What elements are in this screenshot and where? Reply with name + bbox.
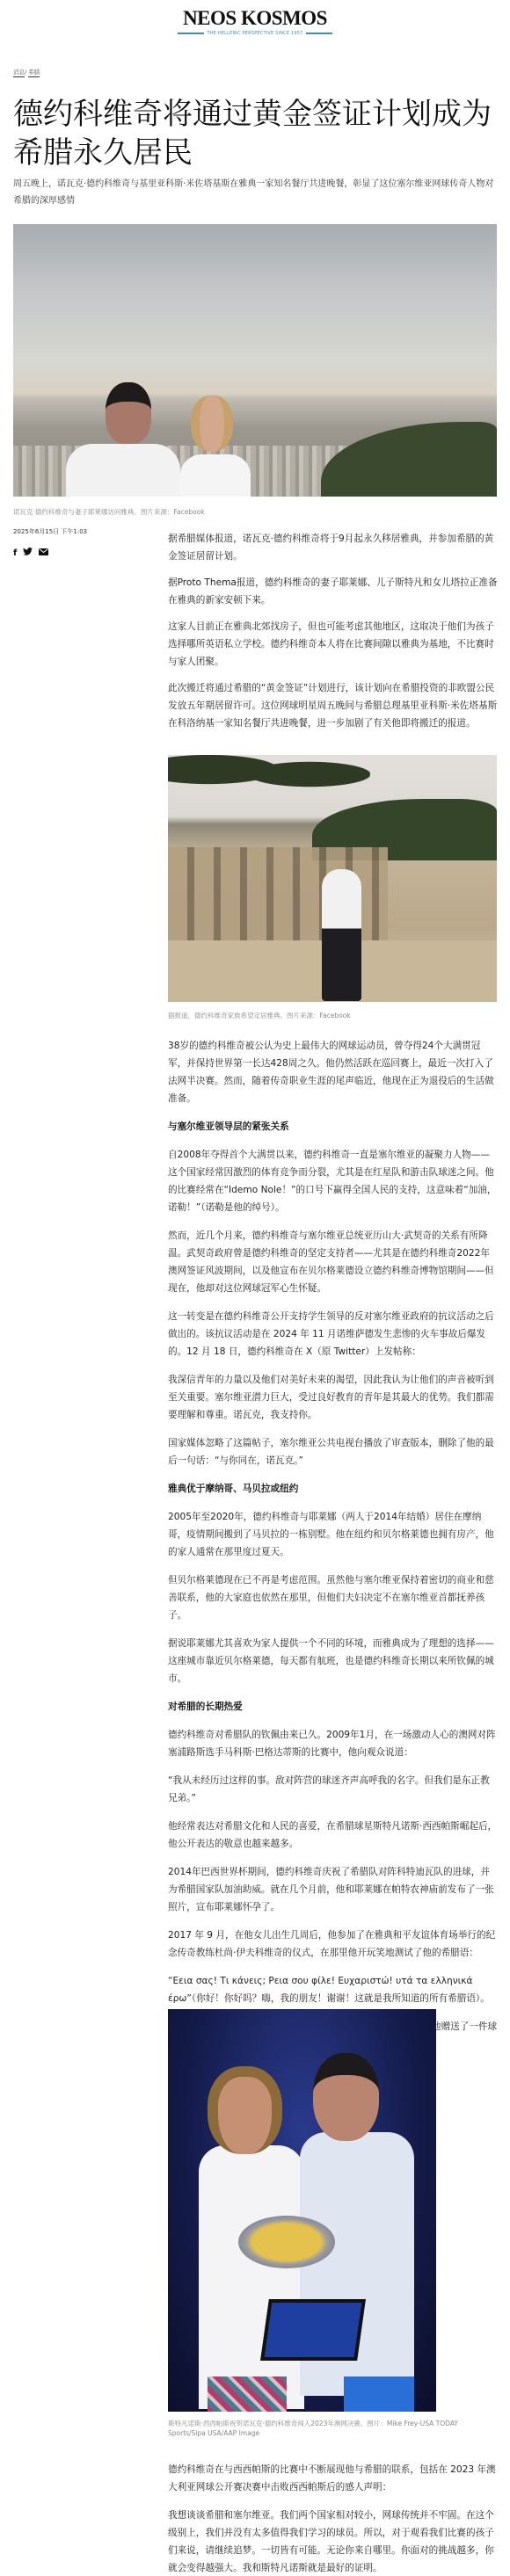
article-standfirst: 周五晚上，诺瓦克·德约科维奇与基里亚科斯·米佐塔基斯在雅典一家知名餐厅共进晚餐，… bbox=[13, 176, 501, 209]
paragraph: 2014年巴西世界杯期间，德约科维奇庆祝了希腊队对阵科特迪瓦队的进球，并为希腊国… bbox=[168, 1863, 498, 1916]
trophy-bowl bbox=[238, 2216, 335, 2268]
paragraph: 据说耶莱娜尤其喜欢为家人提供一个不同的环境，而雅典成为了理想的选择——这座城市靠… bbox=[168, 1635, 498, 1687]
paragraph: 2017 年 9 月，在他女儿出生几周后，他参加了在雅典和平友谊体育场举行的纪念… bbox=[168, 1927, 498, 1962]
image2-caption: 据报道，德约科维奇家族希望定居雅典。图片来源：Facebook bbox=[168, 1011, 498, 1020]
tagline-rule-right bbox=[306, 33, 332, 34]
blue-shorts bbox=[344, 2376, 414, 2412]
patterned-shorts bbox=[208, 2376, 287, 2412]
page-title: 德约科维奇将通过黄金签证计划成为希腊永久居民 bbox=[13, 95, 501, 172]
paragraph: 这家人目前正在雅典北郊找房子，但也可能考虑其他地区，这取决于他们为孩子选择哪所英… bbox=[168, 618, 498, 671]
section-heading: 与塞尔维亚领导层的紧张关系 bbox=[168, 1118, 498, 1136]
tennis-trophy-image bbox=[168, 2009, 436, 2412]
breadcrumb-item-news[interactable]: 消息 bbox=[13, 69, 25, 77]
publish-date: 2025年6月15日 下午1:03 bbox=[13, 527, 87, 536]
trophy-base bbox=[260, 2299, 366, 2361]
tagline-rule-left bbox=[178, 33, 204, 34]
breadcrumb-item-greece[interactable]: 希腊 bbox=[28, 69, 40, 77]
twitter-icon[interactable] bbox=[23, 548, 33, 558]
paragraph: 但贝尔格莱德现在已不再是考虑范围。虽然他与塞尔维亚保持着密切的商业和慈善联系，他… bbox=[168, 1571, 498, 1624]
woman-figure bbox=[180, 395, 251, 497]
masthead: NEOS KOSMOS THE HELLENIC PERSPECTIVE SIN… bbox=[0, 7, 510, 36]
paragraph: 此次搬迁将通过希腊的“黄金签证”计划进行，该计划向在希腊投资的非欧盟公民发放五年… bbox=[168, 679, 498, 732]
site-logo[interactable]: NEOS KOSMOS bbox=[0, 7, 510, 30]
paragraph: 德约科维奇在与西西帕斯的比赛中不断展现他与希腊的联系，包括在 2023 年澳大利… bbox=[168, 2461, 498, 2496]
olive-leaves bbox=[168, 755, 370, 803]
hero-caption: 诺瓦克·德约科维奇与妻子耶莱娜访问雅典。图片来源：Facebook bbox=[13, 507, 497, 517]
site-tagline: THE HELLENIC PERSPECTIVE SINCE 1957 bbox=[0, 31, 510, 36]
hill-backdrop bbox=[321, 422, 497, 497]
paragraph: 这一转变是在德约科维奇公开支持学生领导的反对塞尔维亚政府的抗议活动之后做出的。该… bbox=[168, 1308, 498, 1361]
acropolis-image bbox=[168, 755, 497, 1002]
paragraph: 德约科维奇对希腊队的钦佩由来已久。2009年1月，在一场激动人心的澳网对阵塞浦路… bbox=[168, 1726, 498, 1761]
hero-image bbox=[13, 224, 497, 497]
couple-figure bbox=[322, 869, 361, 1001]
image3-caption: 斯特凡诺斯·西西帕斯祝贺诺瓦克·德约科维奇闯入2023年澳网决赛。图片：Mike… bbox=[168, 2419, 498, 2438]
quote-paragraph: “Εεια σας! Τι κάνεις; Ρεια σου φίλε! Ευχ… bbox=[168, 1972, 498, 2007]
article-body-section-b: 38岁的德约科维奇被公认为史上最伟大的网球运动员，曾夺得24个大满贯冠军，并保持… bbox=[168, 1037, 498, 2053]
paragraph: 据希腊媒体报道，诺瓦克·德约科维奇将于9月起永久移居雅典，并参加希腊的黄金签证居… bbox=[168, 530, 498, 565]
paragraph: 据Proto Thema报道，德约科维奇的妻子耶莱娜、儿子斯特凡和女儿塔拉正准备… bbox=[168, 574, 498, 609]
quote-paragraph: 我深信青年的力量以及他们对美好未来的渴望，因此我认为让他们的声音被听到至关重要。… bbox=[168, 1371, 498, 1424]
facebook-icon[interactable]: f bbox=[13, 548, 17, 558]
paragraph: 38岁的德约科维奇被公认为史上最伟大的网球运动员，曾夺得24个大满贯冠军，并保持… bbox=[168, 1037, 498, 1107]
share-bar: f bbox=[13, 548, 48, 558]
man-figure bbox=[66, 382, 171, 497]
quote-paragraph: 我想谈谈希腊和塞尔维亚。我们两个国家相对较小，网球传统并不牢固。在这个级别上，我… bbox=[168, 2507, 498, 2576]
tagline-text: THE HELLENIC PERSPECTIVE SINCE 1957 bbox=[204, 31, 305, 36]
email-icon[interactable] bbox=[39, 548, 48, 558]
paragraph: 他经常表达对希腊文化和人民的喜爱，在希腊球星斯特凡诺斯·西西帕斯崛起后，他公开表… bbox=[168, 1818, 498, 1853]
quote-paragraph: “我从未经历过这样的事。敌对阵营的球迷齐声高呼我的名字。但我们是东正教兄弟。” bbox=[168, 1772, 498, 1807]
article-body-section-c: 德约科维奇在与西西帕斯的比赛中不断展现他与希腊的联系，包括在 2023 年澳大利… bbox=[168, 2461, 498, 2576]
breadcrumb-separator: / bbox=[25, 69, 26, 76]
breadcrumb: 消息/ 希腊 bbox=[13, 68, 40, 76]
paragraph: 国家媒体忽略了这篇帖子，塞尔维亚公共电视台播放了审查版本，删除了他的最后一句话：… bbox=[168, 1434, 498, 1469]
article-body-section-a: 据希腊媒体报道，诺瓦克·德约科维奇将于9月起永久移居雅典，并参加希腊的黄金签证居… bbox=[168, 530, 498, 732]
paragraph: 2005年至2020年，德约科维奇与耶莱娜（两人于2014年结婚）居住在摩纳哥，… bbox=[168, 1508, 498, 1561]
section-heading: 对希腊的长期热爱 bbox=[168, 1698, 498, 1716]
paragraph: 自2008年夺得首个大满贯以来，德约科维奇一直是塞尔维亚的凝聚力人物——这个国家… bbox=[168, 1146, 498, 1216]
paragraph: 然而，近几个月来，德约科维奇与塞尔维亚总统亚历山大·武契奇的关系有所降温。武契奇… bbox=[168, 1227, 498, 1297]
section-heading: 雅典优于摩纳哥、马贝拉或纽约 bbox=[168, 1480, 498, 1498]
